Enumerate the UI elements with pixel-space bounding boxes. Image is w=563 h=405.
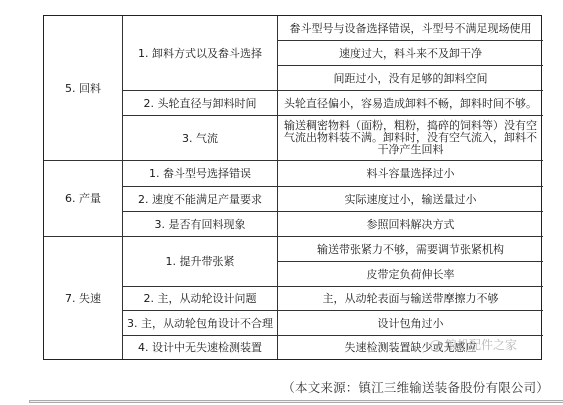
wechat-icon	[430, 340, 442, 352]
remedy-label: 主，从动轮表面与输送带摩擦力不够	[323, 292, 499, 305]
category-cell: 7. 失速	[44, 237, 123, 359]
source-note: （本文来源：镇江三维输送装备股份有限公司）	[282, 378, 549, 396]
cause-label: 2. 主，从动轮设计问题	[144, 292, 257, 305]
category-label: 7. 失速	[65, 292, 101, 305]
remedy-cell: 速度过大，料斗来不及卸干净	[278, 41, 543, 66]
watermark: 粮机配件之家	[430, 336, 517, 353]
cause-label: 3. 气流	[182, 132, 218, 145]
cause-label: 4. 设计中无失速检测装置	[138, 341, 262, 354]
remedy-cell: 实际速度过小，输送量过小	[278, 187, 543, 212]
cause-cell: 1. 提升带张紧	[123, 237, 278, 287]
remedy-label: 头轮直径偏小，容易造成卸料不畅，卸料时间不够。	[284, 97, 537, 110]
category-label: 6. 产量	[65, 192, 101, 205]
remedy-cell: 输送稠密物料（面粉，粗粉，捣碎的饲料等）没有空气流出物料装不满。卸料时，没有空气…	[278, 116, 543, 161]
cause-label: 1. 卸料方式以及畚斗选择	[138, 47, 262, 60]
category-cell: 6. 产量	[44, 161, 123, 237]
remedy-cell: 料斗容量选择过小	[278, 161, 543, 187]
remedy-cell: 输送带张紧力不够，需要调节张紧机构	[278, 237, 543, 262]
remedy-label: 参照回料解决方式	[367, 218, 455, 231]
remedy-cell: 皮带定负荷伸长率	[278, 262, 543, 287]
remedy-label: 输送带张紧力不够，需要调节张紧机构	[317, 243, 504, 256]
remedy-label: 皮带定负荷伸长率	[367, 268, 455, 281]
remedy-label: 设计包角过小	[378, 317, 444, 330]
troubleshooting-table: 5. 回料 1. 卸料方式以及畚斗选择 畚斗型号与设备选择错误，斗型号不满足现场…	[43, 15, 542, 360]
category-label: 5. 回料	[65, 82, 101, 95]
remedy-label: 速度过大，料斗来不及卸干净	[339, 47, 482, 60]
cause-label: 3. 主，从动轮包角设计不合理	[127, 317, 273, 330]
remedy-cell: 参照回料解决方式	[278, 212, 543, 237]
cause-label: 3. 是否有回料现象	[155, 218, 246, 231]
cause-cell: 4. 设计中无失速检测装置	[123, 336, 278, 359]
cause-label: 1. 畚斗型号选择错误	[149, 167, 251, 180]
cause-cell: 3. 气流	[123, 116, 278, 161]
remedy-cell: 头轮直径偏小，容易造成卸料不畅，卸料时间不够。	[278, 91, 543, 116]
cause-cell: 1. 畚斗型号选择错误	[123, 161, 278, 187]
divider	[29, 400, 563, 403]
watermark-text: 粮机配件之家	[445, 338, 517, 352]
cause-cell: 2. 头轮直径与卸料时间	[123, 91, 278, 116]
remedy-label: 间距过小，没有足够的卸料空间	[334, 72, 488, 85]
cause-cell: 3. 主，从动轮包角设计不合理	[123, 311, 278, 336]
cause-cell: 2. 速度不能满足产量要求	[123, 187, 278, 212]
cause-cell: 2. 主，从动轮设计问题	[123, 287, 278, 311]
cause-label: 2. 头轮直径与卸料时间	[144, 97, 257, 110]
category-cell: 5. 回料	[44, 16, 123, 161]
remedy-cell: 畚斗型号与设备选择错误，斗型号不满足现场使用	[278, 16, 543, 41]
remedy-label: 输送稠密物料（面粉，粗粉，捣碎的饲料等）没有空气流出物料装不满。卸料时，没有空气…	[281, 120, 540, 156]
remedy-label: 畚斗型号与设备选择错误，斗型号不满足现场使用	[290, 22, 532, 35]
cause-cell: 3. 是否有回料现象	[123, 212, 278, 237]
cause-label: 1. 提升带张紧	[166, 255, 235, 268]
remedy-cell: 间距过小，没有足够的卸料空间	[278, 66, 543, 91]
remedy-label: 实际速度过小，输送量过小	[345, 193, 477, 206]
cause-label: 2. 速度不能满足产量要求	[138, 193, 262, 206]
remedy-label: 料斗容量选择过小	[367, 167, 455, 180]
remedy-cell: 主，从动轮表面与输送带摩擦力不够	[278, 287, 543, 311]
remedy-cell: 设计包角过小	[278, 311, 543, 336]
cause-cell: 1. 卸料方式以及畚斗选择	[123, 16, 278, 91]
